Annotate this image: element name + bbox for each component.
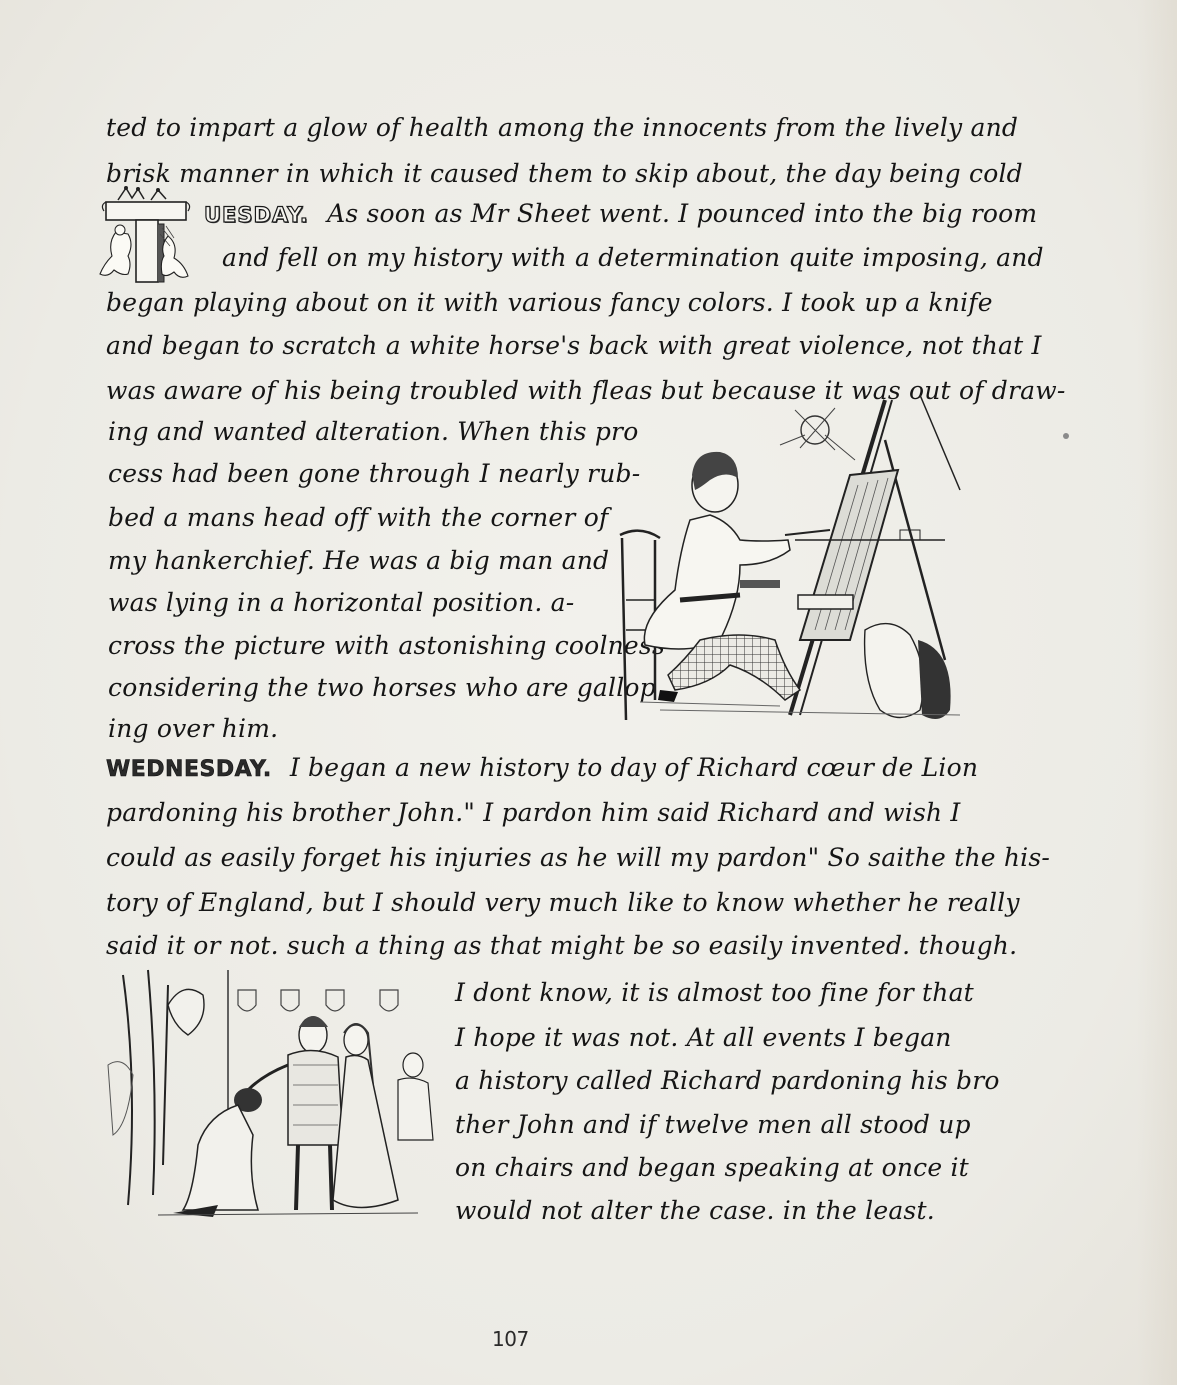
text-line: and fell on my history with a determinat… — [222, 245, 1044, 270]
pardon-engraving-icon — [98, 965, 443, 1225]
text-line: cross the picture with astonishing cooln… — [108, 633, 665, 658]
text-line: ther John and if twelve men all stood up — [455, 1112, 971, 1137]
painter-engraving-icon — [600, 390, 970, 730]
wednesday-first-line-text: I began a new history to day of Richard … — [290, 753, 978, 782]
text-line: would not alter the case. in the least. — [455, 1198, 935, 1223]
painter-at-easel-illustration — [600, 390, 970, 730]
text-line: on chairs and began speaking at once it — [455, 1155, 969, 1180]
text-line: was lying in a horizontal position. a- — [108, 590, 574, 615]
text-line: considering the two horses who are gallo… — [108, 675, 656, 700]
text-line: pardoning his brother John." I pardon hi… — [106, 800, 961, 825]
text-line: said it or not. such a thing as that mig… — [106, 933, 1017, 958]
tuesday-heading: UESDAY. — [204, 203, 309, 227]
richard-pardoning-john-illustration — [98, 965, 443, 1225]
page-edge-shadow — [1137, 0, 1177, 1385]
text-line: my hankerchief. He was a big man and — [108, 548, 609, 573]
wednesday-heading: WEDNESDAY. — [106, 757, 272, 782]
ornamental-letter-t-icon — [96, 184, 196, 286]
page-number: 107 — [492, 1327, 529, 1351]
tuesday-first-line-text: As soon as Mr Sheet went. I pounced into… — [327, 199, 1037, 228]
text-line: brisk manner in which it caused them to … — [106, 161, 1023, 186]
text-line: and began to scratch a white horse's bac… — [106, 333, 1042, 358]
text-line: began playing about on it with various f… — [106, 290, 993, 315]
text-line: ted to impart a glow of health among the… — [106, 115, 1018, 140]
text-line: bed a mans head off with the corner of — [108, 505, 608, 530]
text-line: I dont know, it is almost too fine for t… — [455, 980, 974, 1005]
text-line: tory of England, but I should very much … — [106, 890, 1020, 915]
drop-cap-t-illustration — [96, 184, 196, 286]
text-line: I hope it was not. At all events I began — [455, 1025, 952, 1050]
paper-speck — [1063, 433, 1069, 439]
tuesday-first-line: UESDAY. As soon as Mr Sheet went. I poun… — [204, 201, 1037, 226]
wednesday-first-line: WEDNESDAY. I began a new history to day … — [106, 755, 978, 781]
text-line: ing over him. — [108, 716, 278, 741]
text-line: cess had been gone through I nearly rub- — [108, 461, 640, 486]
text-line: ing and wanted alteration. When this pro — [108, 419, 638, 444]
text-line: a history called Richard pardoning his b… — [455, 1068, 1000, 1093]
text-line: could as easily forget his injuries as h… — [106, 845, 1050, 870]
